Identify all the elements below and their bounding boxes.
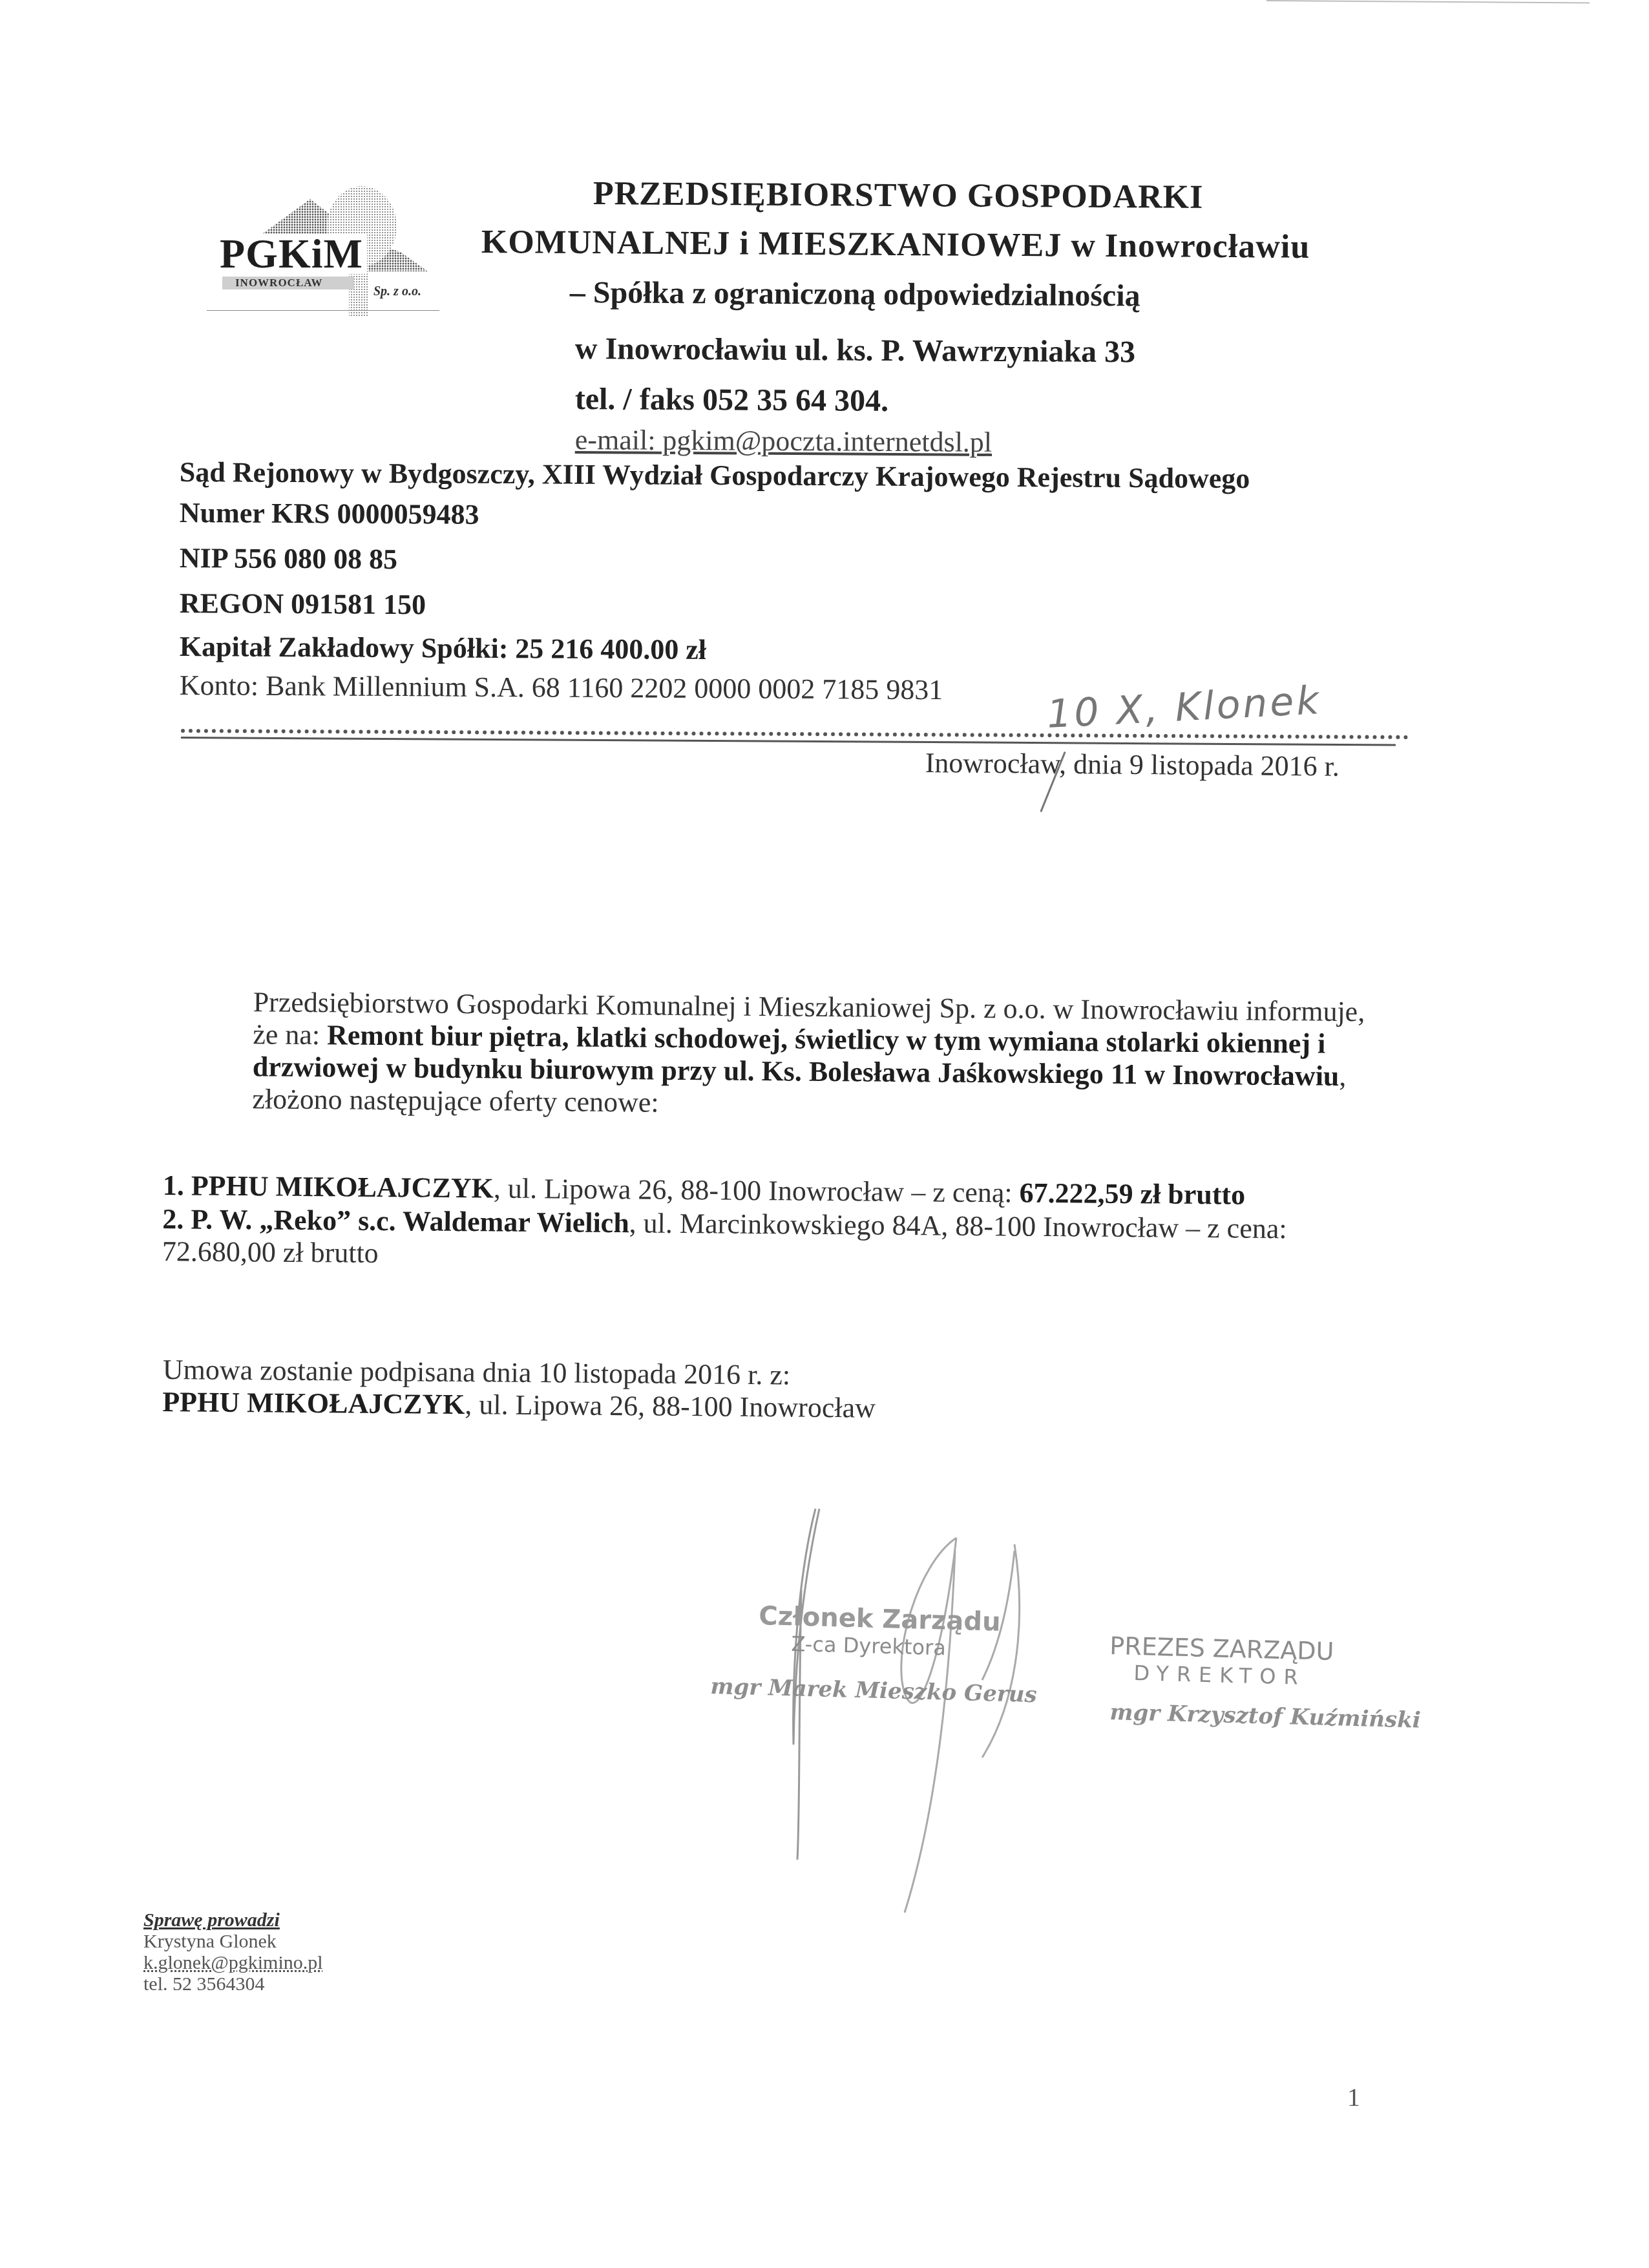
stamp-deputy-director: Z-ca Dyrektora (791, 1632, 946, 1660)
handler-email-link[interactable]: k.glonek@pgkimino.pl (143, 1952, 323, 1973)
handler-name: Krystyna Glonek (143, 1931, 323, 1952)
handler-label: Sprawę prowadzi (143, 1909, 323, 1931)
handler-phone: tel. 52 3564304 (143, 1973, 323, 1995)
document-page: PGKiM INOWROCŁAW Sp. z o.o. PRZEDSIĘBIOR… (0, 0, 1649, 2268)
stamp-director: DYREKTOR (1133, 1661, 1306, 1690)
page-number: 1 (1347, 2082, 1360, 2112)
case-handler-block: Sprawę prowadzi Krystyna Glonek k.glonek… (143, 1909, 323, 1995)
